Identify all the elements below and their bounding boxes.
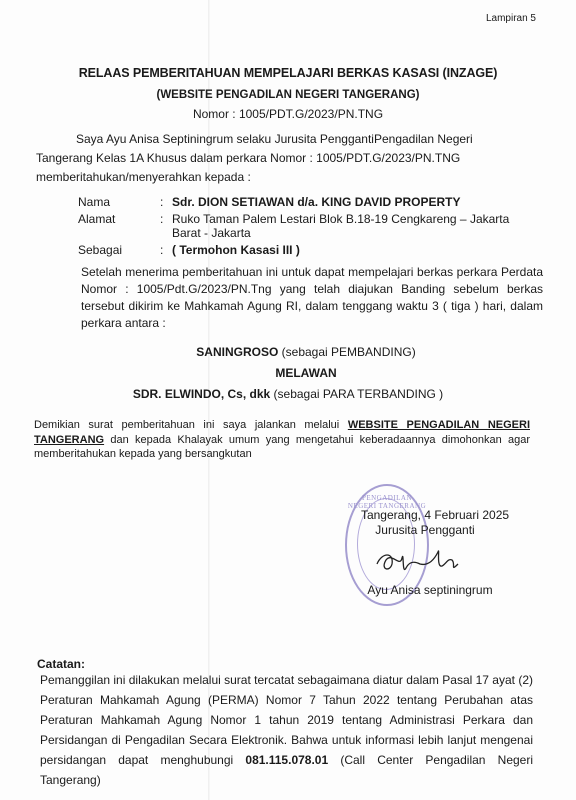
- notes-heading: Catatan:: [37, 657, 85, 671]
- closing-paragraph: Demikian surat pemberitahuan ini saya ja…: [34, 418, 530, 462]
- colon: :: [160, 243, 172, 258]
- role-value: Termohon Kasasi III: [179, 243, 292, 257]
- signature-name: Ayu Anisa septiningrum: [335, 583, 525, 597]
- notice-paragraph: Setelah menerima pemberitahuan ini untuk…: [81, 264, 543, 332]
- handwritten-signature-icon: [372, 538, 472, 578]
- signature-place-date: Tangerang, 4 Februari 2025: [340, 508, 530, 522]
- document-number: Nomor : 1005/PDT.G/2023/PN.TNG: [0, 107, 576, 121]
- appellant-line: SANINGROSO (sebagai PEMBANDING): [18, 345, 576, 359]
- role-close: ): [292, 243, 299, 257]
- document-title: RELAAS PEMBERITAHUAN MEMPELAJARI BERKAS …: [0, 66, 576, 80]
- address-label: Alamat: [78, 212, 160, 241]
- name-value: Sdr. DION SETIAWAN d/a. KING DAVID PROPE…: [172, 195, 528, 210]
- respondent-line: SDR. ELWINDO, Cs, dkk (sebagai PARA TERB…: [0, 387, 576, 401]
- signature-position: Jurusita Pengganti: [340, 523, 510, 537]
- recipient-role-row: Sebagai : ( Termohon Kasasi III ): [78, 243, 528, 258]
- name-label: Nama: [78, 195, 160, 210]
- recipient-details: Nama : Sdr. DION SETIAWAN d/a. KING DAVI…: [78, 195, 528, 259]
- notes-body: Pemanggilan ini dilakukan melalui surat …: [40, 670, 533, 790]
- call-center-phone: 081.115.078.01: [245, 753, 328, 767]
- colon: :: [160, 212, 172, 241]
- colon: :: [160, 195, 172, 210]
- recipient-name-row: Nama : Sdr. DION SETIAWAN d/a. KING DAVI…: [78, 195, 528, 210]
- intro-paragraph: Saya Ayu Anisa Septiningrum selaku Jurus…: [36, 130, 556, 187]
- recipient-address-row: Alamat : Ruko Taman Palem Lestari Blok B…: [78, 212, 528, 241]
- respondent-role: (sebagai PARA TERBANDING ): [270, 387, 443, 401]
- role-label: Sebagai: [78, 243, 160, 258]
- versus-label: MELAWAN: [18, 366, 576, 380]
- closing-after: dan kepada Khalayak umum yang mengetahui…: [34, 434, 530, 461]
- appellant-role: (sebagai PEMBANDING): [278, 345, 415, 359]
- respondent-name: SDR. ELWINDO, Cs, dkk: [133, 387, 270, 401]
- attachment-label: Lampiran 5: [486, 13, 536, 24]
- appellant-name: SANINGROSO: [196, 345, 278, 359]
- address-value: Ruko Taman Palem Lestari Blok B.18-19 Ce…: [172, 212, 528, 241]
- document-subtitle: (WEBSITE PENGADILAN NEGERI TANGERANG): [0, 89, 576, 101]
- role-value-wrapper: ( Termohon Kasasi III ): [172, 243, 528, 258]
- intro-line-2: Tangerang Kelas 1A Khusus dalam perkara …: [36, 149, 556, 168]
- intro-line-1: Saya Ayu Anisa Septiningrum selaku Jurus…: [36, 130, 556, 149]
- intro-line-3: memberitahukan/menyerahkan kepada :: [36, 168, 556, 187]
- closing-before: Demikian surat pemberitahuan ini saya ja…: [34, 419, 348, 431]
